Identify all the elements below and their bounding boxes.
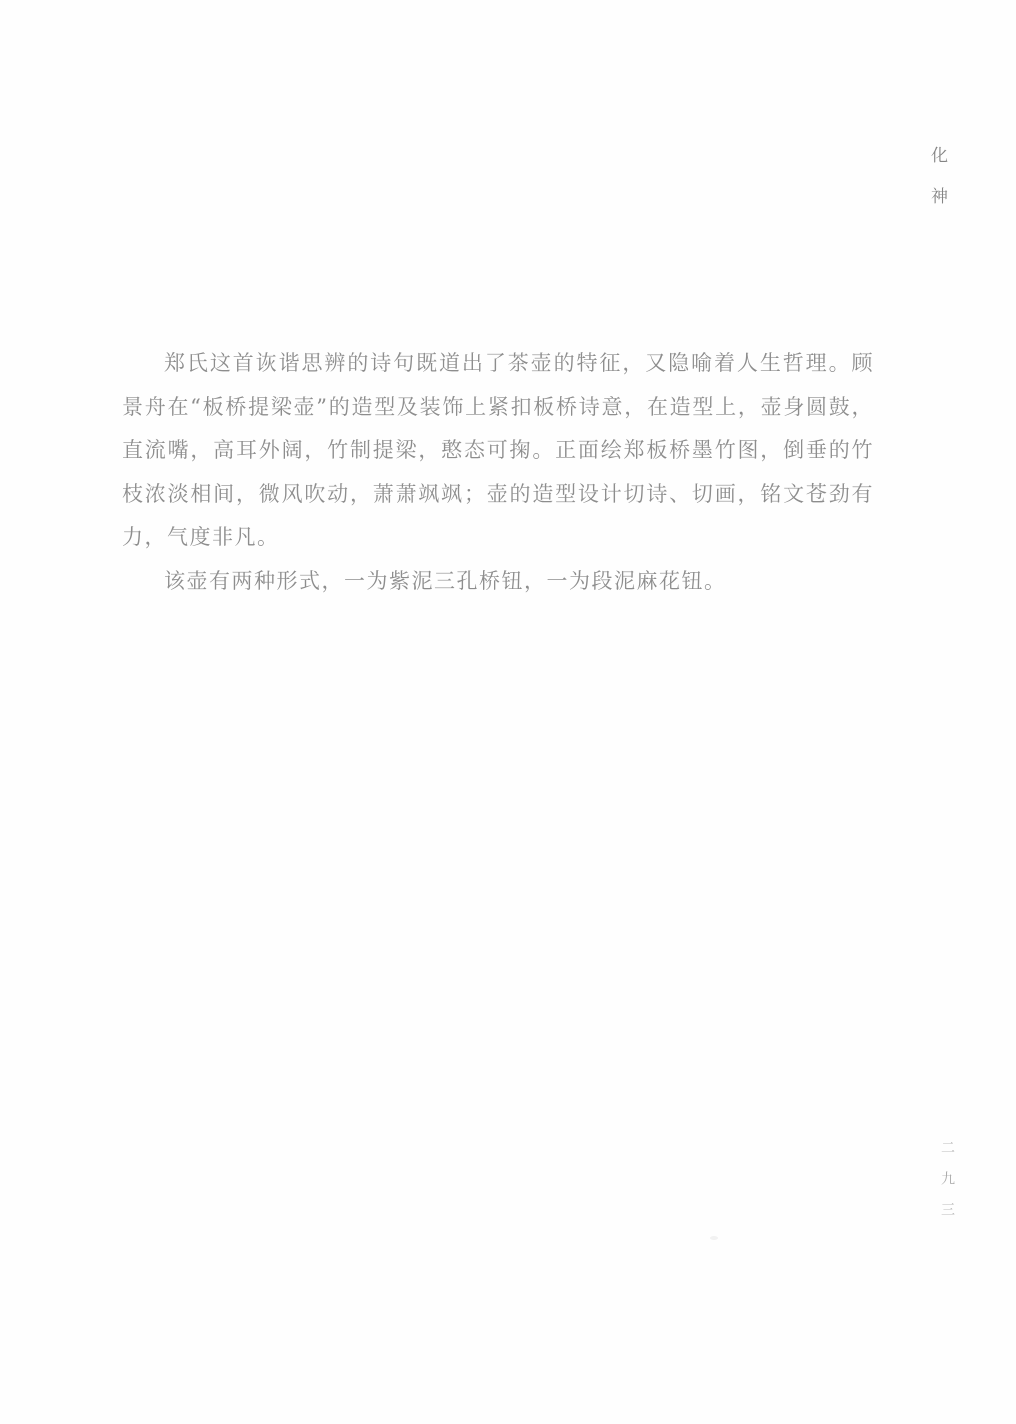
running-header-vertical: 化神 <box>928 146 945 228</box>
scan-artifact-speck <box>710 1236 718 1240</box>
paragraph-pot-variants: 该壶有两种形式，一为紫泥三孔桥钮，一为段泥麻花钮。 <box>122 560 874 604</box>
scanned-book-page: 化神 郑氏这首诙谐思辨的诗句既道出了茶壶的特征，又隐喻着人生哲理。顾景舟在“板桥… <box>0 0 1016 1424</box>
page-number-vertical: 二九三 <box>940 1140 954 1233</box>
paragraph-poem-analysis: 郑氏这首诙谐思辨的诗句既道出了茶壶的特征，又隐喻着人生哲理。顾景舟在“板桥提梁壶… <box>122 342 874 560</box>
body-text-block: 郑氏这首诙谐思辨的诗句既道出了茶壶的特征，又隐喻着人生哲理。顾景舟在“板桥提梁壶… <box>122 342 874 603</box>
